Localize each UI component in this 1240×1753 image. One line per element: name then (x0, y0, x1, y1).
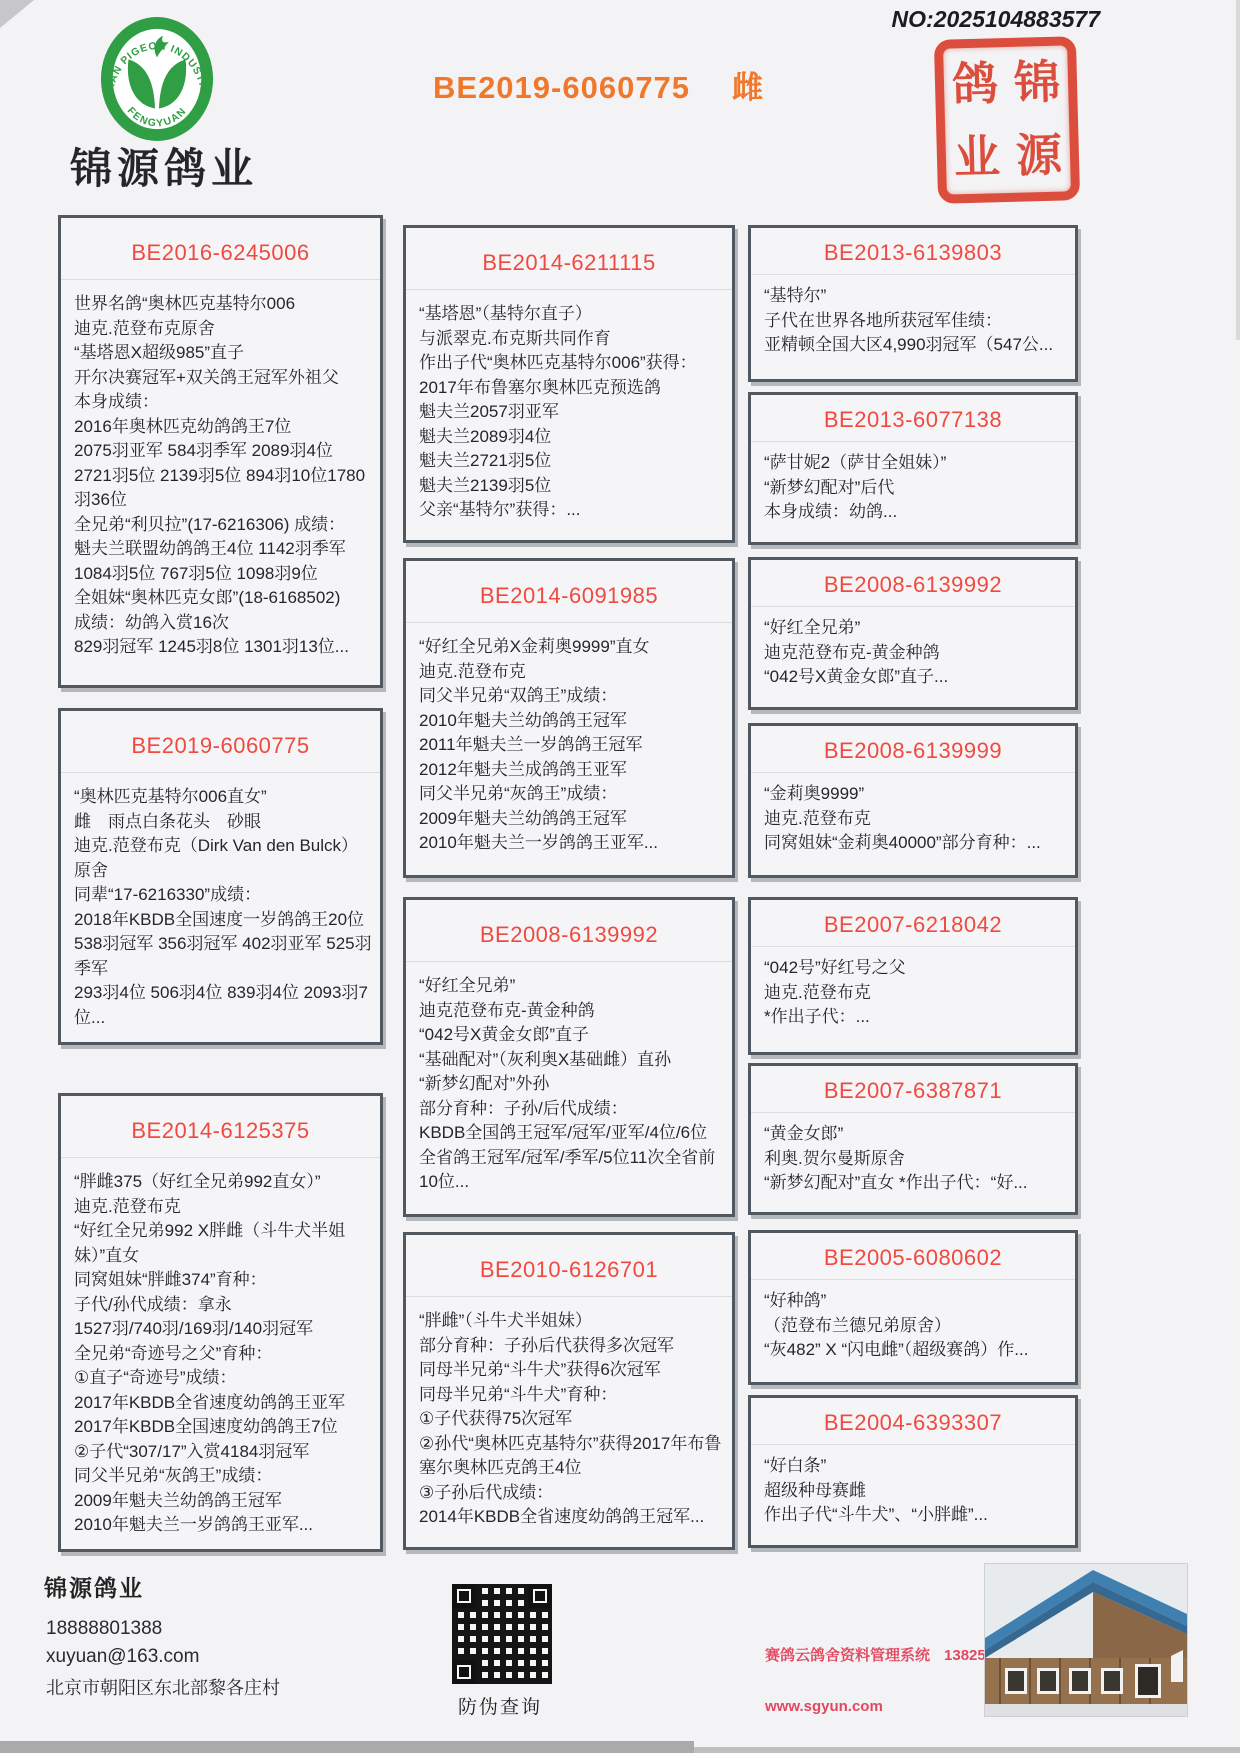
system-name: 赛鸽云鸽舍资料管理系统 (765, 1647, 930, 1664)
pedigree-line: 迪克.范登布克 (419, 660, 726, 685)
ring-number: BE2010-6126701 (406, 1235, 732, 1297)
pedigree-box-BE2005-6080602: BE2005-6080602“好种鸽”（范登布兰德兄弟原舍）“灰482” X “… (748, 1230, 1078, 1385)
pedigree-text: “好红全兄弟”迪克范登布克-黄金种鸽“042号X黄金女郎”直子“基础配对”（灰利… (406, 962, 732, 1205)
pedigree-line: “基塔恩”（基特尔直子） (419, 302, 726, 327)
ring-number: BE2007-6387871 (751, 1066, 1075, 1113)
pedigree-line: “奥林匹克基特尔006直女” (74, 785, 374, 810)
stamp-char: 业 (953, 134, 1000, 181)
anti-fake-qr-code (452, 1584, 552, 1684)
pedigree-line: 538羽冠军 356羽冠军 402羽亚军 525羽季军 (74, 932, 374, 981)
pedigree-line: ②孙代“奥林匹克基特尔”获得2017年布鲁塞尔奥林匹克鸽王4位 (419, 1432, 726, 1481)
pedigree-line: “042号X黄金女郎”直子... (764, 665, 1069, 690)
stamp-char: 锦 (1013, 59, 1060, 106)
pedigree-line: 2721羽5位 2139羽5位 894羽10位1780羽36位 (74, 464, 374, 513)
pedigree-line: 子代/孙代成绩：拿永 (74, 1293, 374, 1318)
pedigree-text: “奥林匹克基特尔006直女”雌 雨点白条花头 砂眼迪克.范登布克（Dirk Va… (61, 773, 380, 1040)
pedigree-line: 同父半兄弟“灰鸽王”成绩： (419, 782, 726, 807)
pedigree-line: 迪克.范登布克（Dirk Van den Bulck）原舍 (74, 834, 374, 883)
pedigree-text: “基特尔”子代在世界各地所获冠军佳绩：亚精顿全国大区4,990羽冠军（547公.… (751, 275, 1075, 368)
pedigree-line: 2010年魁夫兰一岁鸽鸽王亚军... (74, 1513, 374, 1538)
pedigree-line: 1527羽/740羽/169羽/140羽冠军 (74, 1317, 374, 1342)
pedigree-line: 2017年KBDB全省速度幼鸽鸽王亚军 (74, 1391, 374, 1416)
pedigree-box-BE2013-6077138: BE2013-6077138“萨甘妮2（萨甘全姐妹）”“新梦幻配对”后代本身成绩… (748, 392, 1078, 545)
pedigree-line: 同辈“17-6216330”成绩： (74, 883, 374, 908)
pedigree-line: 迪克.范登布克 (74, 1195, 374, 1220)
pedigree-line: 1084羽5位 767羽5位 1098羽9位 (74, 562, 374, 587)
pedigree-line: “基塔恩X超级985”直子 (74, 341, 374, 366)
certificate-serial-number: NO:2025104883577 (860, 6, 1100, 33)
pedigree-line: “新梦幻配对”外孙 (419, 1072, 726, 1097)
ring-number: BE2014-6091985 (406, 561, 732, 623)
footer-company-name: 锦源鸽业 (44, 1570, 144, 1603)
pedigree-line: 全兄弟“奇迹号之父”育种： (74, 1342, 374, 1367)
ring-number: BE2019-6060775 (61, 711, 380, 773)
footer-address: 北京市朝阳区东北部黎各庄村 (46, 1674, 280, 1700)
pedigree-line: “好红全兄弟X金莉奥9999”直女 (419, 635, 726, 660)
footer-email: xuyuan@163.com (46, 1646, 199, 1668)
pedigree-text: “黄金女郎”利奥.贺尔曼斯原舍“新梦幻配对”直女 *作出子代：“好... (751, 1113, 1075, 1206)
pedigree-line: “萨甘妮2（萨甘全姐妹）” (764, 451, 1069, 476)
pigeon-loft-photo (985, 1564, 1187, 1716)
pedigree-text: “胖雌375（好红全兄弟992直女）”迪克.范登布克“好红全兄弟992 X胖雌（… (61, 1158, 380, 1548)
pedigree-box-BE2008-6139992: BE2008-6139992“好红全兄弟”迪克范登布克-黄金种鸽“042号X黄金… (403, 897, 735, 1217)
ring-number: BE2013-6139803 (751, 228, 1075, 275)
qr-finder-icon (452, 1584, 476, 1608)
ring-number: BE2008-6139992 (406, 900, 732, 962)
pedigree-text: “基塔恩”（基特尔直子）与派翠克.布克斯共同作育作出子代“奥林匹克基特尔006”… (406, 290, 732, 533)
company-seal-stamp: 鸽 锦 业 源 (934, 36, 1080, 204)
pedigree-text: “好白条”超级种母赛雌作出子代“斗牛犬”、“小胖雌”... (751, 1445, 1075, 1538)
pedigree-line: （范登布兰德兄弟原舍） (764, 1314, 1069, 1339)
pedigree-line: ①子代获得75次冠军 (419, 1407, 726, 1432)
pedigree-line: 全兄弟“利贝拉”(17-6216306) 成绩： (74, 513, 374, 538)
pedigree-line: 魁夫兰2721羽5位 (419, 449, 726, 474)
pedigree-line: 同窝姐妹“胖雌374”育种： (74, 1268, 374, 1293)
pedigree-line: 魁夫兰2139羽5位 (419, 474, 726, 499)
pedigree-line: KBDB全国鸽王冠军/冠军/亚军/4位/6位 (419, 1121, 726, 1146)
pedigree-certificate-page: ·FRAN PIGEON INDUSTRY· FENGYUAN 锦源鸽业 BE2… (0, 0, 1240, 1753)
qr-finder-icon (452, 1660, 476, 1684)
scan-corner-artifact (0, 0, 34, 28)
qr-caption: 防伪查询 (458, 1692, 542, 1719)
pedigree-box-BE2010-6126701: BE2010-6126701“胖雌”（斗牛犬半姐妹）部分育种：子孙后代获得多次冠… (403, 1232, 735, 1550)
pedigree-line: 2010年魁夫兰幼鸽鸽王冠军 (419, 709, 726, 734)
pedigree-line: 同窝姐妹“金莉奥40000”部分育种：... (764, 831, 1069, 856)
pedigree-line: 2009年魁夫兰幼鸽鸽王冠军 (74, 1489, 374, 1514)
pedigree-line: 2011年魁夫兰一岁鸽鸽王冠军 (419, 733, 726, 758)
pedigree-line: 开尔决赛冠军+双关鸽王冠军外祖父 (74, 366, 374, 391)
pedigree-text: 世界名鸽“奥林匹克基特尔006迪克.范登布克原舍“基塔恩X超级985”直子开尔决… (61, 280, 380, 670)
ring-number: BE2013-6077138 (751, 395, 1075, 442)
pedigree-line: 世界名鸽“奥林匹克基特尔006 (74, 292, 374, 317)
pedigree-line: 作出子代“奥林匹克基特尔006”获得： (419, 351, 726, 376)
pedigree-box-BE2019-6060775: BE2019-6060775“奥林匹克基特尔006直女”雌 雨点白条花头 砂眼迪… (58, 708, 383, 1045)
pedigree-box-BE2016-6245006: BE2016-6245006世界名鸽“奥林匹克基特尔006迪克.范登布克原舍“基… (58, 215, 383, 688)
pedigree-line: ②子代“307/17”入赏4184羽冠军 (74, 1440, 374, 1465)
pedigree-line: “胖雌375（好红全兄弟992直女）” (74, 1170, 374, 1195)
ring-number: BE2004-6393307 (751, 1398, 1075, 1445)
pedigree-box-BE2008-6139999: BE2008-6139999“金莉奥9999”迪克.范登布克同窝姐妹“金莉奥40… (748, 723, 1078, 878)
pedigree-line: 2009年魁夫兰幼鸽鸽王冠军 (419, 807, 726, 832)
pedigree-box-BE2008-6139992: BE2008-6139992“好红全兄弟”迪克范登布克-黄金种鸽“042号X黄金… (748, 557, 1078, 710)
management-system-note: 赛鸽云鸽舍资料管理系统13825222 (765, 1644, 1011, 1665)
pedigree-line: “胖雌”（斗牛犬半姐妹） (419, 1309, 726, 1334)
ring-number: BE2008-6139999 (751, 726, 1075, 773)
main-ring-number: BE2019-6060775雌 (433, 62, 764, 107)
pedigree-line: 同母半兄弟“斗牛犬”育种： (419, 1383, 726, 1408)
pedigree-line: “金莉奥9999” (764, 782, 1069, 807)
pedigree-line: 全姐妹“奥林匹克女郎”(18-6168502) (74, 586, 374, 611)
pedigree-box-BE2007-6387871: BE2007-6387871“黄金女郎”利奥.贺尔曼斯原舍“新梦幻配对”直女 *… (748, 1063, 1078, 1215)
pedigree-line: 2016年奥林匹克幼鸽鸽王7位 (74, 415, 374, 440)
ring-id: BE2019-6060775 (433, 70, 690, 105)
pedigree-line: 迪克范登布克-黄金种鸽 (419, 999, 726, 1024)
pedigree-line: 全省鸽王冠军/冠军/季军/5位11次全省前10位... (419, 1146, 726, 1195)
pedigree-text: “胖雌”（斗牛犬半姐妹）部分育种：子孙后代获得多次冠军同母半兄弟“斗牛犬”获得6… (406, 1297, 732, 1540)
pedigree-line: 2012年魁夫兰成鸽鸽王亚军 (419, 758, 726, 783)
pedigree-line: 魁夫兰2089羽4位 (419, 425, 726, 450)
website-link: www.sgyun.com (765, 1698, 883, 1715)
pedigree-text: “好种鸽”（范登布兰德兄弟原舍）“灰482” X “闪电雌”（超级赛鸽）作... (751, 1280, 1075, 1373)
pedigree-line: ③子孙后代成绩： (419, 1481, 726, 1506)
pedigree-line: 迪克.范登布克 (764, 807, 1069, 832)
pedigree-line: 同母半兄弟“斗牛犬”获得6次冠军 (419, 1358, 726, 1383)
pedigree-line: “好红全兄弟” (764, 616, 1069, 641)
pedigree-line: 2014年KBDB全省速度幼鸽鸽王冠军... (419, 1505, 726, 1530)
pedigree-line: “基特尔” (764, 284, 1069, 309)
fengyuan-logo-icon: ·FRAN PIGEON INDUSTRY· FENGYUAN (98, 14, 216, 144)
pedigree-line: 魁夫兰2057羽亚军 (419, 400, 726, 425)
sex-label: 雌 (732, 70, 764, 105)
scan-edge-artifact (0, 1741, 694, 1753)
pedigree-line: 父亲“基特尔”获得：... (419, 498, 726, 523)
pedigree-line: 利奥.贺尔曼斯原舍 (764, 1147, 1069, 1172)
pedigree-line: 部分育种：子孙后代获得多次冠军 (419, 1334, 726, 1359)
pedigree-line: 与派翠克.布克斯共同作育 (419, 327, 726, 352)
pedigree-line: 亚精顿全国大区4,990羽冠军（547公... (764, 333, 1069, 358)
pedigree-line: 同父半兄弟“灰鸽王”成绩： (74, 1464, 374, 1489)
pedigree-line: “新梦幻配对”直女 *作出子代：“好... (764, 1171, 1069, 1196)
pedigree-line: 部分育种：子孙/后代成绩： (419, 1097, 726, 1122)
pedigree-line: 同父半兄弟“双鸽王”成绩： (419, 684, 726, 709)
pedigree-text: “好红全兄弟X金莉奥9999”直女迪克.范登布克同父半兄弟“双鸽王”成绩：201… (406, 623, 732, 866)
pedigree-box-BE2014-6125375: BE2014-6125375“胖雌375（好红全兄弟992直女）”迪克.范登布克… (58, 1093, 383, 1552)
pedigree-line: 2018年KBDB全国速度一岁鸽鸽王20位 (74, 908, 374, 933)
company-title: 锦源鸽业 (70, 136, 258, 196)
pedigree-line: 293羽4位 506羽4位 839羽4位 2093羽7位... (74, 981, 374, 1030)
pedigree-line: 2017年KBDB全国速度幼鸽鸽王7位 (74, 1415, 374, 1440)
pedigree-line: 829羽冠军 1245羽8位 1301羽13位... (74, 635, 374, 660)
pedigree-box-BE2004-6393307: BE2004-6393307“好白条”超级种母赛雌作出子代“斗牛犬”、“小胖雌”… (748, 1395, 1078, 1548)
pedigree-box-BE2013-6139803: BE2013-6139803“基特尔”子代在世界各地所获冠军佳绩：亚精顿全国大区… (748, 225, 1078, 382)
pedigree-line: “好种鸽” (764, 1289, 1069, 1314)
pedigree-line: 2075羽亚军 584羽季军 2089羽4位 (74, 439, 374, 464)
pedigree-line: 作出子代“斗牛犬”、“小胖雌”... (764, 1503, 1069, 1528)
ring-number: BE2008-6139992 (751, 560, 1075, 607)
stamp-char: 鸽 (951, 61, 998, 108)
pedigree-line: *作出子代：... (764, 1005, 1069, 1030)
pedigree-box-BE2014-6211115: BE2014-6211115“基塔恩”（基特尔直子）与派翠克.布克斯共同作育作出… (403, 225, 735, 543)
ring-number: BE2005-6080602 (751, 1233, 1075, 1280)
pedigree-line: 迪克.范登布克原舍 (74, 317, 374, 342)
pedigree-line: “新梦幻配对”后代 (764, 476, 1069, 501)
pedigree-line: “基础配对”（灰利奥X基础雌）直孙 (419, 1048, 726, 1073)
ring-number: BE2014-6125375 (61, 1096, 380, 1158)
pedigree-line: 迪克.范登布克 (764, 981, 1069, 1006)
ring-number: BE2014-6211115 (406, 228, 732, 290)
pedigree-line: “042号X黄金女郎”直子 (419, 1023, 726, 1048)
pedigree-line: 本身成绩： (74, 390, 374, 415)
pedigree-box-BE2014-6091985: BE2014-6091985“好红全兄弟X金莉奥9999”直女迪克.范登布克同父… (403, 558, 735, 878)
pedigree-line: 成绩：幼鸽入赏16次 (74, 611, 374, 636)
ring-number: BE2007-6218042 (751, 900, 1075, 947)
qr-finder-icon (528, 1584, 552, 1608)
pedigree-line: ①直子“奇迹号”成绩： (74, 1366, 374, 1391)
pedigree-line: 本身成绩：幼鸽... (764, 500, 1069, 525)
pedigree-line: 迪克范登布克-黄金种鸽 (764, 641, 1069, 666)
ring-number: BE2016-6245006 (61, 218, 380, 280)
pedigree-line: “好红全兄弟” (419, 974, 726, 999)
pedigree-line: 超级种母赛雌 (764, 1479, 1069, 1504)
pedigree-box-BE2007-6218042: BE2007-6218042“042号”好红号之父迪克.范登布克*作出子代：..… (748, 897, 1078, 1055)
pedigree-text: “金莉奥9999”迪克.范登布克同窝姐妹“金莉奥40000”部分育种：... (751, 773, 1075, 866)
pedigree-line: 魁夫兰联盟幼鸽鸽王4位 1142羽季军 (74, 537, 374, 562)
footer-phone: 18888801388 (46, 1618, 162, 1640)
pedigree-line: 2010年魁夫兰一岁鸽鸽王亚军... (419, 831, 726, 856)
pedigree-line: “黄金女郎” (764, 1122, 1069, 1147)
pedigree-text: “042号”好红号之父迪克.范登布克*作出子代：... (751, 947, 1075, 1040)
pedigree-line: “042号”好红号之父 (764, 956, 1069, 981)
pedigree-line: “好红全兄弟992 X胖雌（斗牛犬半姐妹）”直女 (74, 1219, 374, 1268)
pedigree-line: 2017年布鲁塞尔奥林匹克预选鸽 (419, 376, 726, 401)
pedigree-line: “灰482” X “闪电雌”（超级赛鸽）作... (764, 1338, 1069, 1363)
pedigree-line: 子代在世界各地所获冠军佳绩： (764, 309, 1069, 334)
pedigree-text: “好红全兄弟”迪克范登布克-黄金种鸽“042号X黄金女郎”直子... (751, 607, 1075, 700)
stamp-char: 源 (1015, 132, 1062, 179)
scan-edge-artifact (1236, 0, 1240, 340)
pedigree-line: 雌 雨点白条花头 砂眼 (74, 810, 374, 835)
pedigree-line: “好白条” (764, 1454, 1069, 1479)
pedigree-text: “萨甘妮2（萨甘全姐妹）”“新梦幻配对”后代本身成绩：幼鸽... (751, 442, 1075, 535)
